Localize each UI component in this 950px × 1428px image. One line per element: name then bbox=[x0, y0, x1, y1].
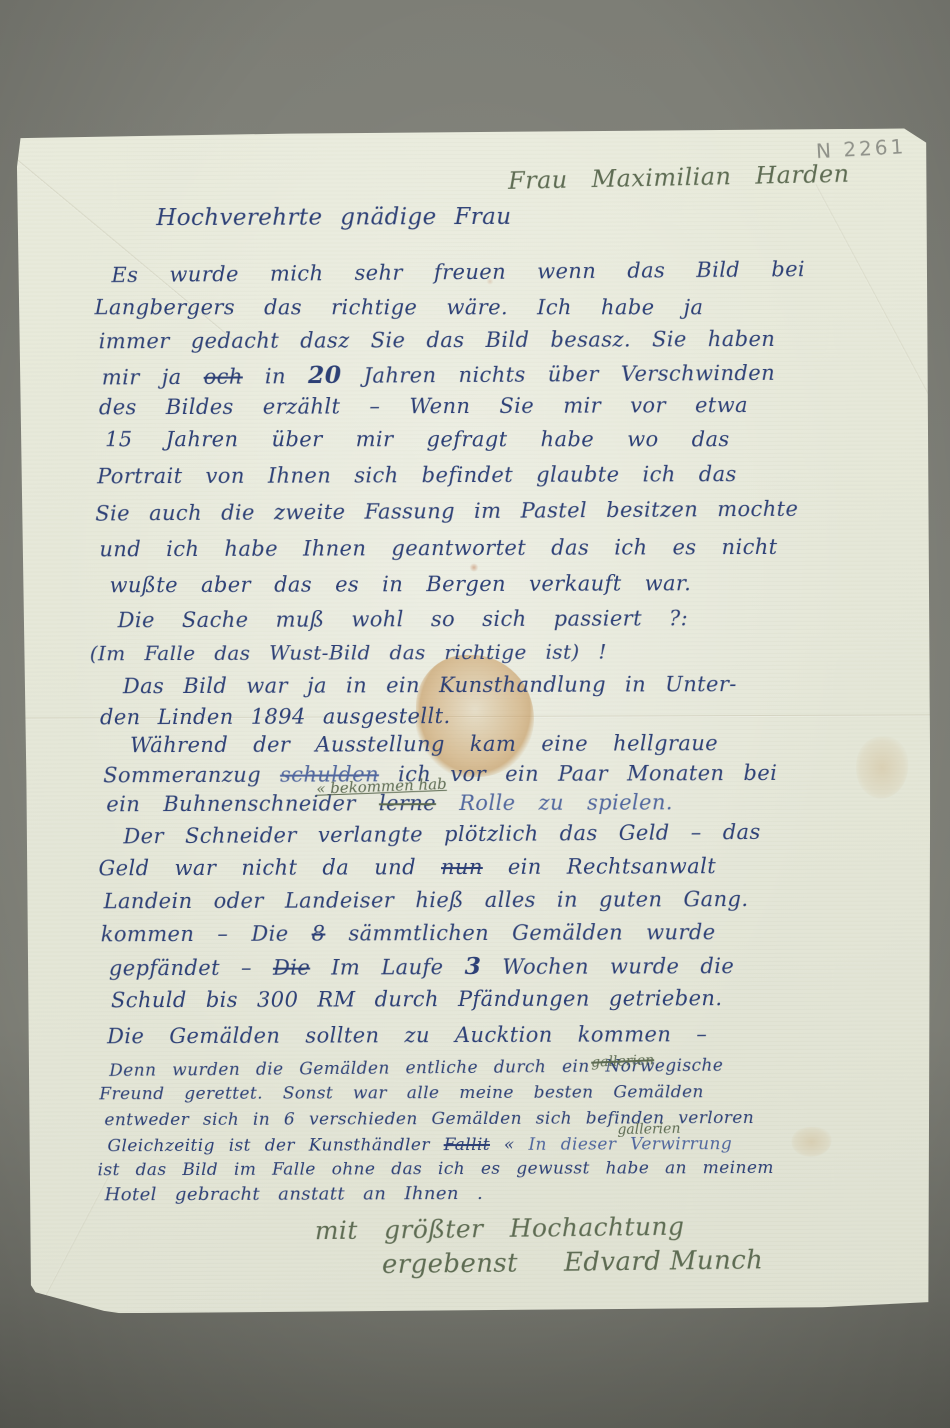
letter-line-28: Gleichzeitig ist der Kunsthändler Fallit… bbox=[107, 1136, 732, 1155]
crease-bottom-left bbox=[24, 1165, 114, 1334]
word: ein Rechtsanwalt bbox=[483, 854, 716, 879]
letter-line-01: Es wurde mich sehr freuen wenn das Bild … bbox=[111, 259, 805, 286]
letter-line-22: gepfändet – Die Im Laufe 3 Wochen wurde … bbox=[109, 954, 734, 980]
signature-name: Edvard Munch bbox=[564, 1245, 764, 1277]
addressee-line: Frau Maximilian Harden bbox=[508, 162, 850, 193]
paper-stain bbox=[791, 1127, 831, 1157]
word: Geld war nicht da und bbox=[98, 855, 441, 880]
word: Im Laufe bbox=[310, 955, 465, 980]
word: Jahren nichts über Verschwinden bbox=[341, 361, 775, 388]
struck-word: Die bbox=[273, 956, 310, 980]
struck-word: och bbox=[204, 364, 243, 388]
letter-line-18: Der Schneider verlangte plötzlich das Ge… bbox=[123, 822, 760, 847]
struck-word: nun bbox=[441, 855, 483, 879]
word: Sommeranzug bbox=[103, 763, 280, 788]
letter-line-02: Langbergers das richtige wäre. Ich habe … bbox=[95, 297, 704, 318]
letter-line-20: Landein oder Landeiser hieß alles in gut… bbox=[104, 889, 749, 912]
word: sämmtlichen Gemälden wurde bbox=[325, 920, 715, 945]
letter-line-17: ein Buhnenschneider lerne Rolle zu spiel… bbox=[106, 792, 673, 815]
word: in bbox=[243, 364, 308, 388]
letter-line-12: (Im Falle das Wust-Bild das richtige ist… bbox=[90, 642, 607, 664]
letter-line-21: kommen – Die 8 sämmtlichen Gemälden wurd… bbox=[101, 922, 716, 945]
letter-line-09: und ich habe Ihnen geantwortet das ich e… bbox=[99, 537, 777, 560]
letter-line-26: Freund gerettet. Sonst war alle meine be… bbox=[99, 1084, 704, 1103]
word: Rolle zu spielen. bbox=[436, 790, 673, 815]
paper-spot bbox=[469, 563, 478, 572]
emphasized-number: 20 bbox=[308, 361, 342, 389]
letter-line-10: wußte aber das es in Bergen verkauft war… bbox=[109, 573, 691, 596]
letter-line-14: den Linden 1894 ausgestellt. bbox=[100, 706, 451, 728]
signature-line: ergebenstEdvard Munch bbox=[382, 1247, 764, 1278]
emphasized-number: 3 bbox=[465, 952, 482, 980]
salutation: Hochverehrte gnädige Frau bbox=[156, 206, 511, 230]
letter-line-15: Während der Ausstellung kam eine hellgra… bbox=[130, 733, 718, 756]
letter-line-11: Die Sache muß wohl so sich passiert ?: bbox=[118, 608, 689, 631]
letter-line-04: mir ja och in 20 Jahren nichts über Vers… bbox=[102, 361, 775, 389]
letter-line-24: Die Gemälden sollten zu Aucktion kommen … bbox=[107, 1024, 707, 1047]
fold-crease-top-right bbox=[814, 184, 929, 396]
word: Gleichzeitig ist der Kunsthändler bbox=[107, 1135, 443, 1156]
word: mir ja bbox=[102, 365, 204, 390]
word: Wochen wurde die bbox=[481, 954, 734, 979]
green-insertion-gallerien-struck: gallerien bbox=[591, 1053, 655, 1069]
letter-line-07: Portrait von Ihnen sich befindet glaubte… bbox=[97, 464, 737, 487]
letter-line-05: des Bildes erzählt – Wenn Sie mir vor et… bbox=[99, 395, 748, 418]
word: gepfändet – bbox=[109, 956, 273, 981]
signature-valediction: ergebenst bbox=[382, 1248, 518, 1280]
archive-number: N 2261 bbox=[816, 136, 907, 161]
struck-word: 8 bbox=[312, 922, 326, 946]
word: « bbox=[490, 1135, 528, 1155]
letter-line-19: Geld war nicht da und nun ein Rechtsanwa… bbox=[98, 856, 716, 879]
word: ein Paar Monaten bei bbox=[486, 761, 777, 786]
green-insertion-gallerien: gallerien bbox=[617, 1122, 680, 1137]
letter-line-06: 15 Jahren über mir gefragt habe wo das bbox=[105, 429, 730, 450]
closing-line: mit größter Hochachtung bbox=[315, 1214, 685, 1244]
letter-line-13: Das Bild war ja in ein Kunsthandlung in … bbox=[123, 674, 737, 697]
word: kommen – Die bbox=[101, 922, 312, 947]
letter-line-29: ist das Bild im Falle ohne das ich es ge… bbox=[98, 1160, 774, 1179]
struck-word: Fallit bbox=[444, 1135, 490, 1155]
paper-stain bbox=[856, 736, 908, 798]
letter-line-08: Sie auch die zweite Fassung im Pastel be… bbox=[95, 499, 798, 525]
letter-line-30: Hotel gebracht anstatt an Ihnen . bbox=[105, 1185, 484, 1204]
letter-line-23: Schuld bis 300 RM durch Pfändungen getri… bbox=[111, 988, 723, 1011]
photograph-of-letter: { "colors":{ "background_gray":"#83847c"… bbox=[0, 0, 950, 1428]
letter-paper: N 2261 Frau Maximilian Harden Hochverehr… bbox=[16, 128, 932, 1313]
letter-line-03: immer gedacht dasz Sie das Bild besasz. … bbox=[99, 329, 776, 352]
